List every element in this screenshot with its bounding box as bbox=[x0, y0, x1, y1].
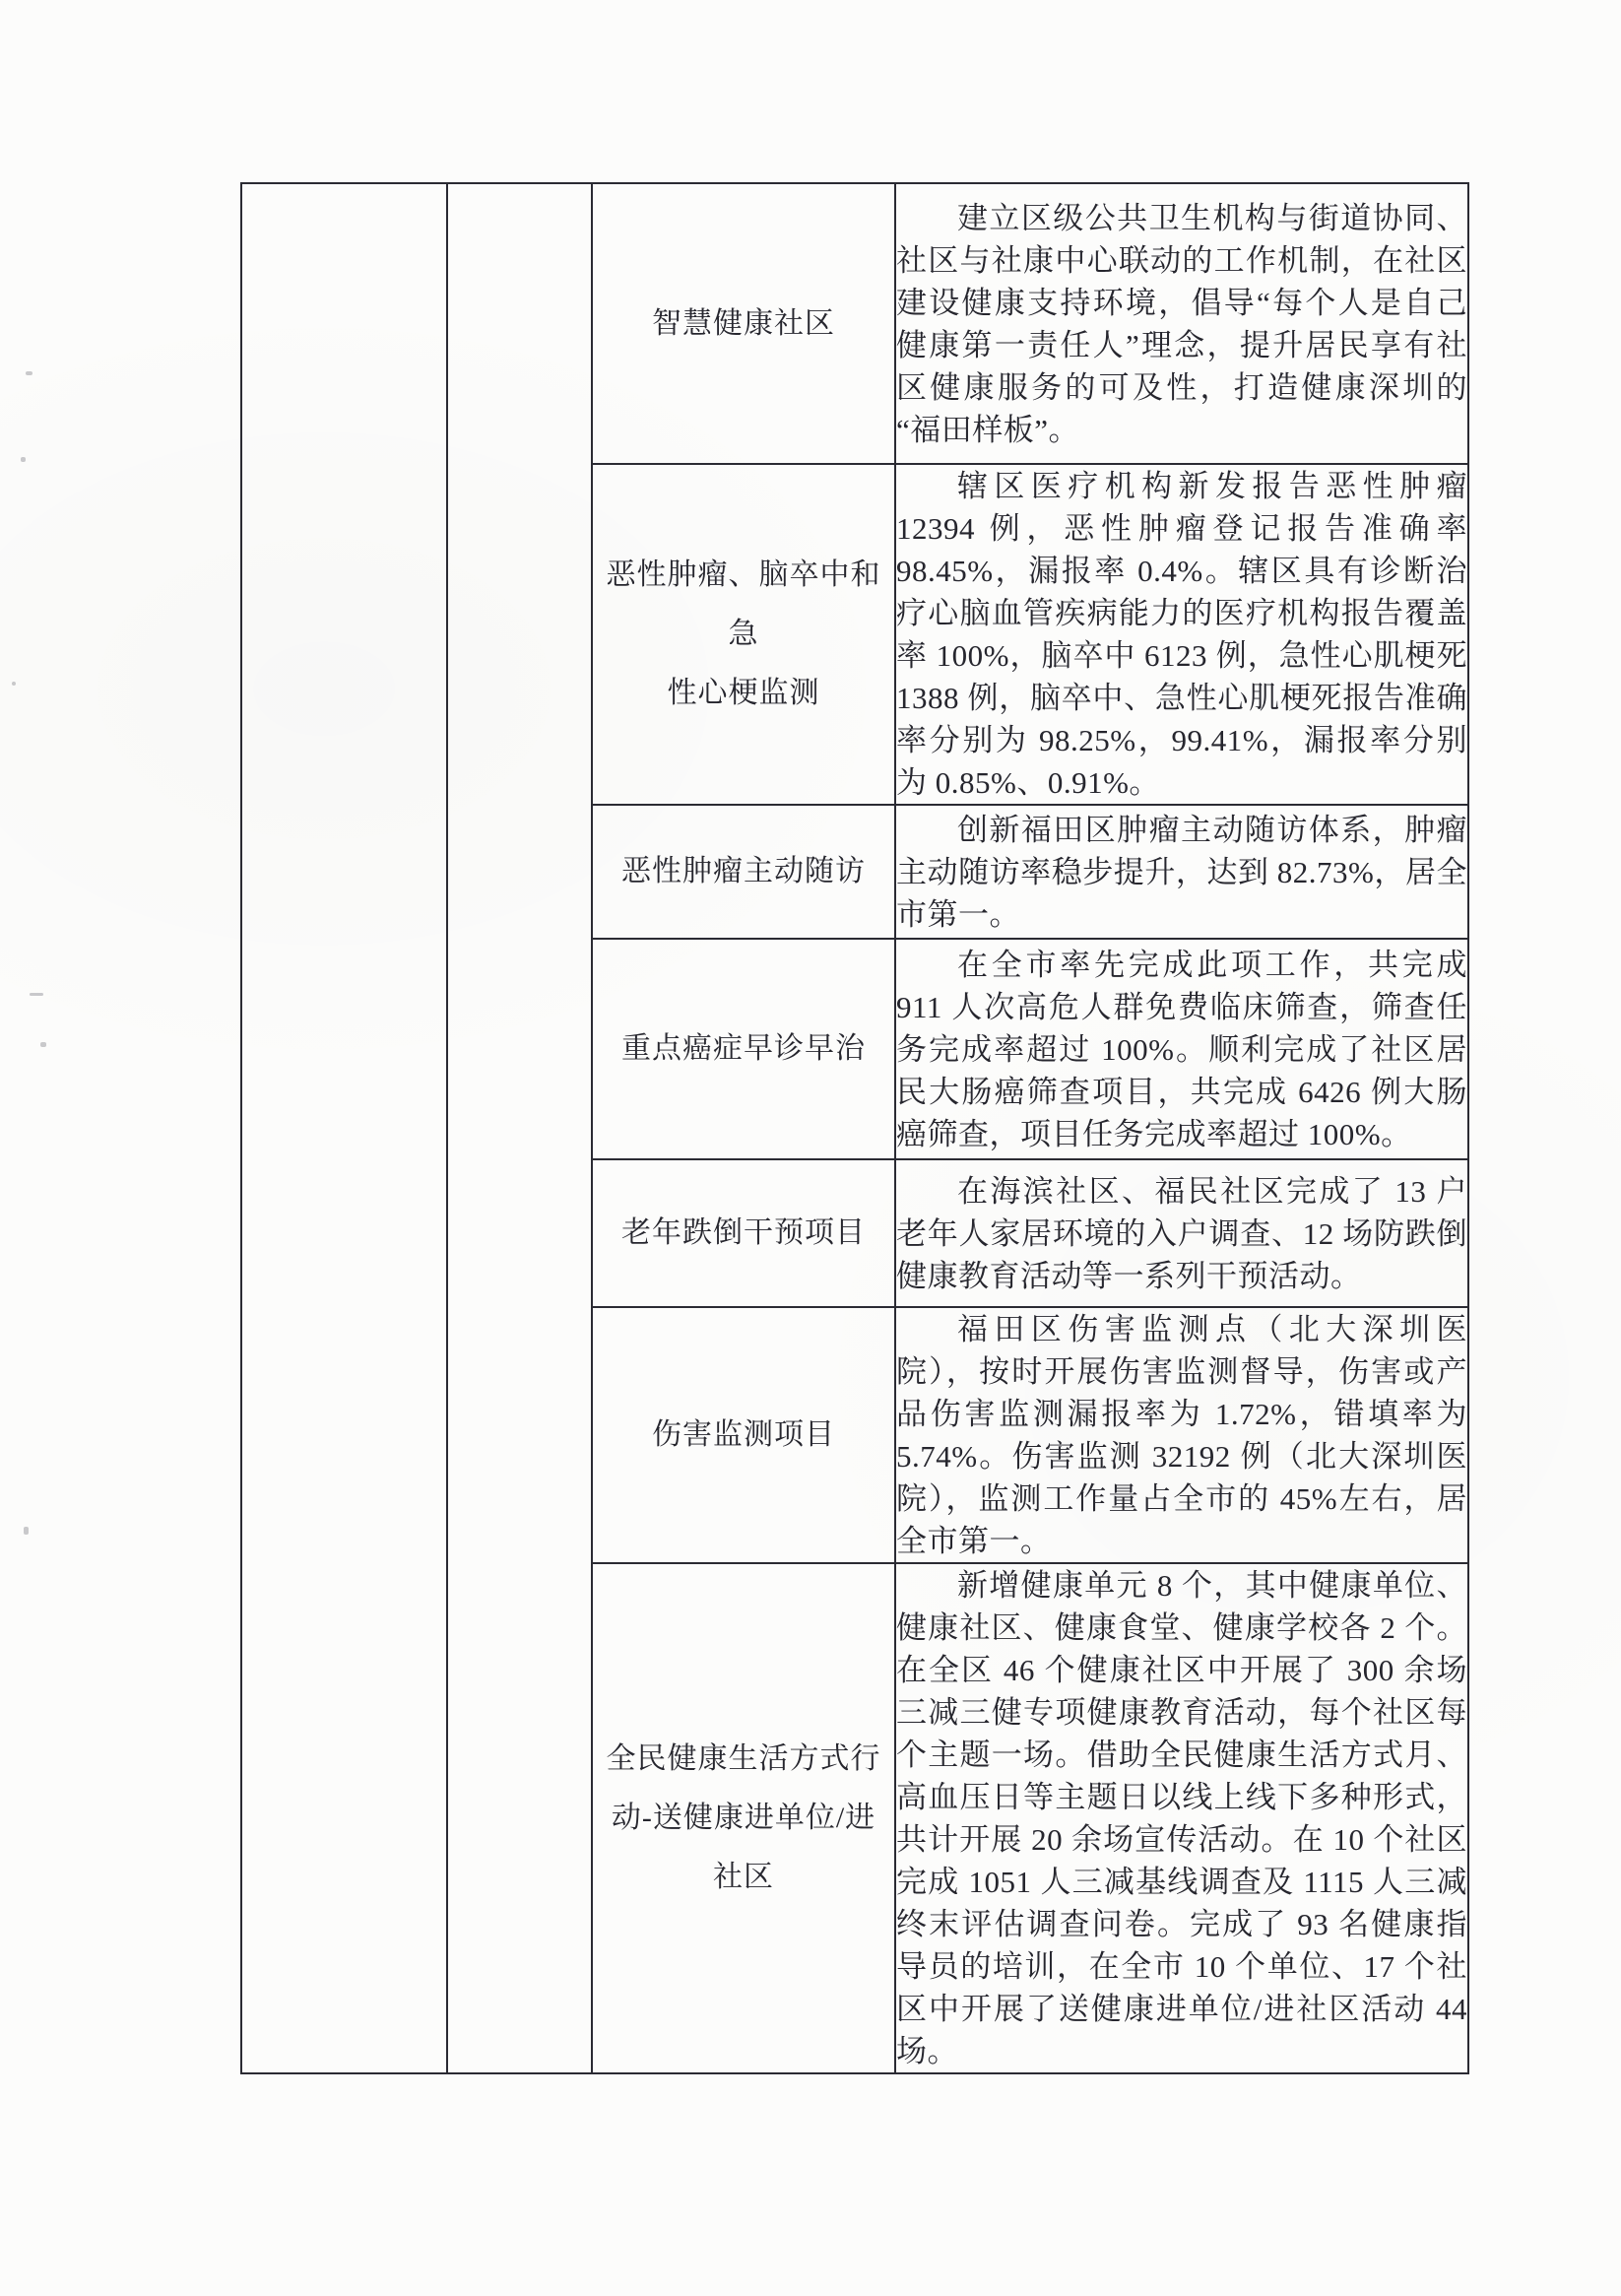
project-description-cell: 建立区级公共卫生机构与街道协同、社区与社康中心联动的工作机制，在社区建设健康支持… bbox=[895, 183, 1468, 464]
project-name: 老年跌倒干预项目 bbox=[621, 1204, 866, 1263]
project-description: 新增健康单元 8 个，其中健康单位、健康社区、健康食堂、健康学校各 2 个。在全… bbox=[896, 1564, 1467, 2072]
scan-artifact bbox=[26, 371, 32, 375]
project-description-cell: 辖区医疗机构新发报告恶性肿瘤 12394 例，恶性肿瘤登记报告准确率 98.45… bbox=[895, 464, 1468, 805]
project-name: 恶性肿瘤、脑卒中和急 性心梗监测 bbox=[593, 546, 894, 723]
report-table: 智慧健康社区 建立区级公共卫生机构与街道协同、社区与社康中心联动的工作机制，在社… bbox=[240, 182, 1469, 2074]
project-description: 建立区级公共卫生机构与街道协同、社区与社康中心联动的工作机制，在社区建设健康支持… bbox=[896, 197, 1467, 451]
project-name-cell: 伤害监测项目 bbox=[592, 1307, 895, 1563]
project-name: 重点癌症早诊早治 bbox=[621, 1019, 866, 1079]
project-description-cell: 在全市率先完成此项工作，共完成 911 人次高危人群免费临床筛查，筛查任务完成率… bbox=[895, 939, 1468, 1159]
scan-artifact bbox=[24, 1527, 29, 1535]
scan-artifact bbox=[21, 457, 26, 462]
merged-category-cell-inner bbox=[447, 183, 592, 2073]
project-name: 伤害监测项目 bbox=[652, 1406, 835, 1465]
project-description: 在全市率先完成此项工作，共完成 911 人次高危人群免费临床筛查，筛查任务完成率… bbox=[896, 944, 1467, 1155]
project-name-cell: 恶性肿瘤主动随访 bbox=[592, 805, 895, 939]
project-name-cell: 老年跌倒干预项目 bbox=[592, 1159, 895, 1307]
project-name-cell: 全民健康生活方式行 动-送健康进单位/进 社区 bbox=[592, 1563, 895, 2073]
project-description-cell: 福田区伤害监测点（北大深圳医院），按时开展伤害监测督导，伤害或产品伤害监测漏报率… bbox=[895, 1307, 1468, 1563]
table-row: 智慧健康社区 建立区级公共卫生机构与街道协同、社区与社康中心联动的工作机制，在社… bbox=[241, 183, 1468, 464]
scan-artifact bbox=[12, 682, 16, 686]
project-description-cell: 在海滨社区、福民社区完成了 13 户老年人家居环境的入户调查、12 场防跌倒健康… bbox=[895, 1159, 1468, 1307]
project-name-cell: 重点癌症早诊早治 bbox=[592, 939, 895, 1159]
project-name: 恶性肿瘤主动随访 bbox=[621, 842, 866, 901]
project-description: 在海滨社区、福民社区完成了 13 户老年人家居环境的入户调查、12 场防跌倒健康… bbox=[896, 1170, 1467, 1297]
project-name-cell: 智慧健康社区 bbox=[592, 183, 895, 464]
project-name: 智慧健康社区 bbox=[652, 295, 835, 354]
scan-artifact bbox=[40, 1042, 46, 1047]
project-description-cell: 创新福田区肿瘤主动随访体系，肿瘤主动随访率稳步提升，达到 82.73%，居全市第… bbox=[895, 805, 1468, 939]
project-description-cell: 新增健康单元 8 个，其中健康单位、健康社区、健康食堂、健康学校各 2 个。在全… bbox=[895, 1563, 1468, 2073]
document-page: 智慧健康社区 建立区级公共卫生机构与街道协同、社区与社康中心联动的工作机制，在社… bbox=[0, 0, 1621, 2296]
scan-artifact bbox=[30, 993, 43, 996]
project-name-cell: 恶性肿瘤、脑卒中和急 性心梗监测 bbox=[592, 464, 895, 805]
project-description: 辖区医疗机构新发报告恶性肿瘤 12394 例，恶性肿瘤登记报告准确率 98.45… bbox=[896, 465, 1467, 804]
project-description: 福田区伤害监测点（北大深圳医院），按时开展伤害监测督导，伤害或产品伤害监测漏报率… bbox=[896, 1308, 1467, 1562]
project-description: 创新福田区肿瘤主动随访体系，肿瘤主动随访率稳步提升，达到 82.73%，居全市第… bbox=[896, 809, 1467, 936]
project-name: 全民健康生活方式行 动-送健康进单位/进 社区 bbox=[607, 1730, 881, 1907]
merged-category-cell-outer bbox=[241, 183, 447, 2073]
